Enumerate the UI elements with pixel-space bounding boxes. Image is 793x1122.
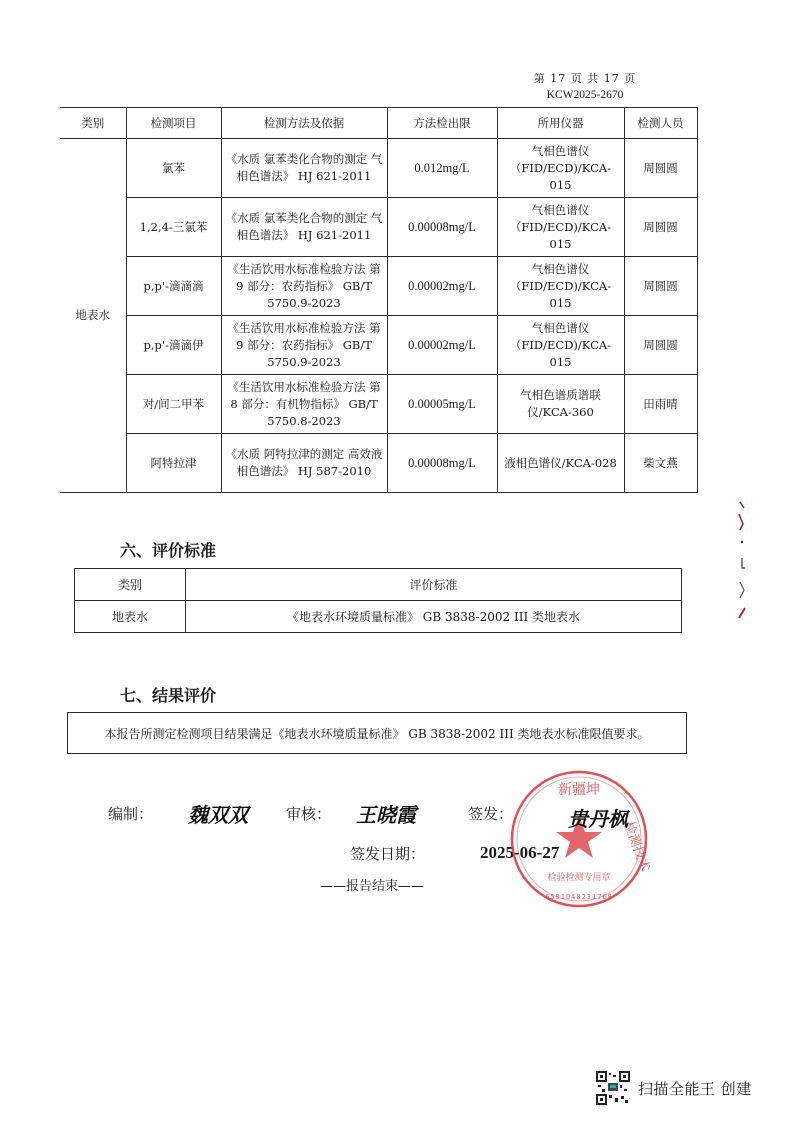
table-header-row: 类别 检测项目 检测方法及依据 方法检出限 所用仪器 检测人员 <box>60 108 697 139</box>
table-row: 地表水 《地表水环境质量标准》 GB 3838-2002 III 类地表水 <box>75 601 682 633</box>
table-row: 地表水 氯苯 《水质 氯苯类化合物的测定 气相色谱法》 HJ 621-2011 … <box>60 139 697 198</box>
category-cell: 地表水 <box>60 139 126 493</box>
col-header-method: 检测方法及依据 <box>221 108 387 139</box>
table-row: 1,2,4-三氯苯 《水质 氯苯类化合物的测定 气相色谱法》 HJ 621-20… <box>60 198 697 257</box>
col-header-standard: 评价标准 <box>186 569 682 601</box>
instrument-cell: 液相色谱仪/KCA-028 <box>497 434 624 493</box>
limit-cell: 0.012mg/L <box>387 139 497 198</box>
item-cell: p,p'-滴滴伊 <box>126 316 221 375</box>
col-header-item: 检测项目 <box>126 108 221 139</box>
scanner-watermark: 扫描全能王 创建 <box>596 1071 752 1105</box>
prepared-label: 编制： <box>108 803 153 824</box>
result-evaluation-box: 本报告所测定检测项目结果满足《地表水环境质量标准》 GB 3838-2002 I… <box>67 712 687 754</box>
col-header-category: 类别 <box>60 108 126 139</box>
table-row: 对/间二甲苯 《生活饮用水标准检验方法 第 8 部分：有机物指标》 GB/T 5… <box>60 375 697 434</box>
evaluation-standard-table: 类别 评价标准 地表水 《地表水环境质量标准》 GB 3838-2002 III… <box>74 568 682 633</box>
analyst-cell: 田雨晴 <box>624 375 697 434</box>
limit-cell: 0.00002mg/L <box>387 257 497 316</box>
analyst-cell: 周圆圆 <box>624 139 697 198</box>
table-header-row: 类别 评价标准 <box>75 569 682 601</box>
method-cell: 《水质 氯苯类化合物的测定 气相色谱法》 HJ 621-2011 <box>221 139 387 198</box>
instrument-cell: 气相色谱仪（FID/ECD)/KCA-015 <box>497 316 624 375</box>
limit-cell: 0.00008mg/L <box>387 434 497 493</box>
col-header-instrument: 所用仪器 <box>497 108 624 139</box>
detection-methods-table: 类别 检测项目 检测方法及依据 方法检出限 所用仪器 检测人员 地表水 氯苯 《… <box>60 107 698 493</box>
reviewed-signature: 王晓霞 <box>356 799 416 828</box>
page-indicator: 第 17 页 共 17 页 <box>510 71 660 87</box>
col-header-category: 类别 <box>75 569 186 601</box>
instrument-cell: 气相色谱质谱联仪/KCA-360 <box>497 375 624 434</box>
instrument-cell: 气相色谱仪（FID/ECD)/KCA-015 <box>497 139 624 198</box>
item-cell: 氯苯 <box>126 139 221 198</box>
table-row: p,p'-滴滴滴 《生活饮用水标准检验方法 第 9 部分：农药指标》 GB/T … <box>60 257 697 316</box>
col-header-limit: 方法检出限 <box>387 108 497 139</box>
issued-label: 签发： <box>468 803 513 824</box>
item-cell: 阿特拉津 <box>126 434 221 493</box>
table-row: p,p'-滴滴伊 《生活饮用水标准检验方法 第 9 部分：农药指标》 GB/T … <box>60 316 697 375</box>
page-header: 第 17 页 共 17 页 KCW2025-2670 <box>510 71 660 103</box>
analyst-cell: 周圆圆 <box>624 257 697 316</box>
limit-cell: 0.00008mg/L <box>387 198 497 257</box>
table-row: 阿特拉津 《水质 阿特拉津的测定 高效液相色谱法》 HJ 587-2010 0.… <box>60 434 697 493</box>
category-cell: 地表水 <box>75 601 186 633</box>
watermark-text: 扫描全能王 创建 <box>638 1078 752 1099</box>
standard-cell: 《地表水环境质量标准》 GB 3838-2002 III 类地表水 <box>186 601 682 633</box>
limit-cell: 0.00002mg/L <box>387 316 497 375</box>
official-seal-icon: 新疆坤 检测技术 检验检测专用章 6501040231768 贵丹枫 <box>508 768 650 910</box>
method-cell: 《生活饮用水标准检验方法 第 9 部分：农药指标》 GB/T 5750.9-20… <box>221 257 387 316</box>
section-6-title: 六、评价标准 <box>120 538 216 561</box>
method-cell: 《水质 阿特拉津的测定 高效液相色谱法》 HJ 587-2010 <box>221 434 387 493</box>
svg-text:贵丹枫: 贵丹枫 <box>568 807 631 831</box>
item-cell: 对/间二甲苯 <box>126 375 221 434</box>
svg-text:6501040231768: 6501040231768 <box>545 893 613 901</box>
method-cell: 《生活饮用水标准检验方法 第 8 部分：有机物指标》 GB/T 5750.8-2… <box>221 375 387 434</box>
report-code: KCW2025-2670 <box>510 87 660 103</box>
limit-cell: 0.00005mg/L <box>387 375 497 434</box>
prepared-signature: 魏双双 <box>188 799 248 828</box>
analyst-cell: 柴文燕 <box>624 434 697 493</box>
method-cell: 《生活饮用水标准检验方法 第 9 部分：农药指标》 GB/T 5750.9-20… <box>221 316 387 375</box>
result-text: 本报告所测定检测项目结果满足《地表水环境质量标准》 GB 3838-2002 I… <box>104 725 649 742</box>
qr-code-icon <box>596 1071 630 1105</box>
svg-text:检验检测专用章: 检验检测专用章 <box>547 871 610 883</box>
report-end: ——报告结束—— <box>320 875 424 894</box>
instrument-cell: 气相色谱仪（FID/ECD)/KCA-015 <box>497 198 624 257</box>
binding-stamp-marks-icon <box>736 500 748 620</box>
analyst-cell: 周圆圆 <box>624 316 697 375</box>
svg-text:新疆坤: 新疆坤 <box>558 781 600 798</box>
issue-date-label: 签发日期： <box>350 843 425 864</box>
reviewed-label: 审核： <box>286 803 331 824</box>
section-7-title: 七、结果评价 <box>120 683 216 706</box>
method-cell: 《水质 氯苯类化合物的测定 气相色谱法》 HJ 621-2011 <box>221 198 387 257</box>
item-cell: p,p'-滴滴滴 <box>126 257 221 316</box>
instrument-cell: 气相色谱仪（FID/ECD)/KCA-015 <box>497 257 624 316</box>
analyst-cell: 周圆圆 <box>624 198 697 257</box>
col-header-analyst: 检测人员 <box>624 108 697 139</box>
item-cell: 1,2,4-三氯苯 <box>126 198 221 257</box>
